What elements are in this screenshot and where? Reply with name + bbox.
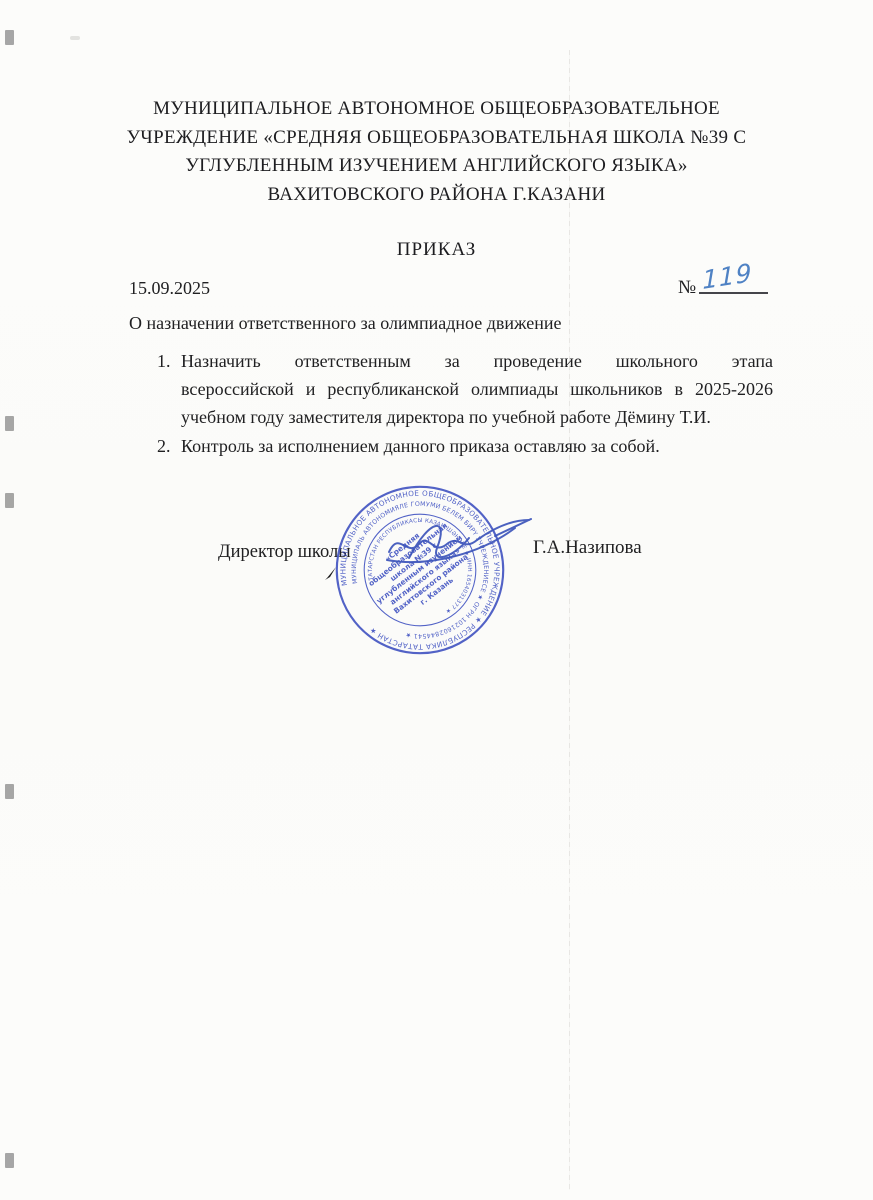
order-date: 15.09.2025 [129, 278, 210, 299]
item-text: Назначить ответственным за проведение шк… [181, 347, 773, 431]
organization-header: МУНИЦИПАЛЬНОЕ АВТОНОМНОЕ ОБЩЕОБРАЗОВАТЕЛ… [60, 95, 813, 209]
director-signature [383, 500, 543, 578]
order-subject: О назначении ответственного за олимпиадн… [129, 313, 561, 334]
item-number: 1. [157, 347, 181, 375]
org-name-line: ВАХИТОВСКОГО РАЙОНА Г.КАЗАНИ [60, 181, 813, 210]
document-title: ПРИКАЗ [0, 239, 873, 261]
handwritten-order-number: 119 [702, 258, 753, 295]
scanner-streak-artifact [569, 50, 570, 1190]
scan-edge-mark [5, 416, 14, 431]
item-line: всероссийской и республиканской олимпиад… [181, 375, 773, 403]
signatory-name: Г.А.Назипова [533, 537, 642, 559]
org-name-line: УГЛУБЛЕННЫМ ИЗУЧЕНИЕМ АНГЛИЙСКОГО ЯЗЫКА» [60, 152, 813, 181]
number-sign: № [678, 277, 696, 299]
item-line: Контроль за исполнением данного приказа … [181, 432, 773, 460]
org-name-line: МУНИЦИПАЛЬНОЕ АВТОНОМНОЕ ОБЩЕОБРАЗОВАТЕЛ… [60, 95, 813, 124]
scan-edge-mark [5, 493, 14, 508]
scan-edge-mark [5, 784, 14, 799]
scanned-order-document: МУНИЦИПАЛЬНОЕ АВТОНОМНОЕ ОБЩЕОБРАЗОВАТЕЛ… [0, 0, 873, 1200]
order-item-1: 1. Назначить ответственным за проведение… [157, 347, 773, 431]
item-line: Назначить ответственным за проведение шк… [181, 347, 773, 375]
item-text: Контроль за исполнением данного приказа … [181, 432, 773, 460]
item-number: 2. [157, 432, 181, 460]
item-line: учебном году заместителя директора по уч… [181, 403, 773, 431]
scan-edge-mark [5, 1153, 14, 1168]
order-item-2: 2. Контроль за исполнением данного прика… [157, 432, 773, 460]
org-name-line: УЧРЕЖДЕНИЕ «СРЕДНЯЯ ОБЩЕОБРАЗОВАТЕЛЬНАЯ … [60, 124, 813, 153]
scan-smudge-artifact [70, 36, 80, 40]
scan-edge-mark [5, 30, 14, 45]
